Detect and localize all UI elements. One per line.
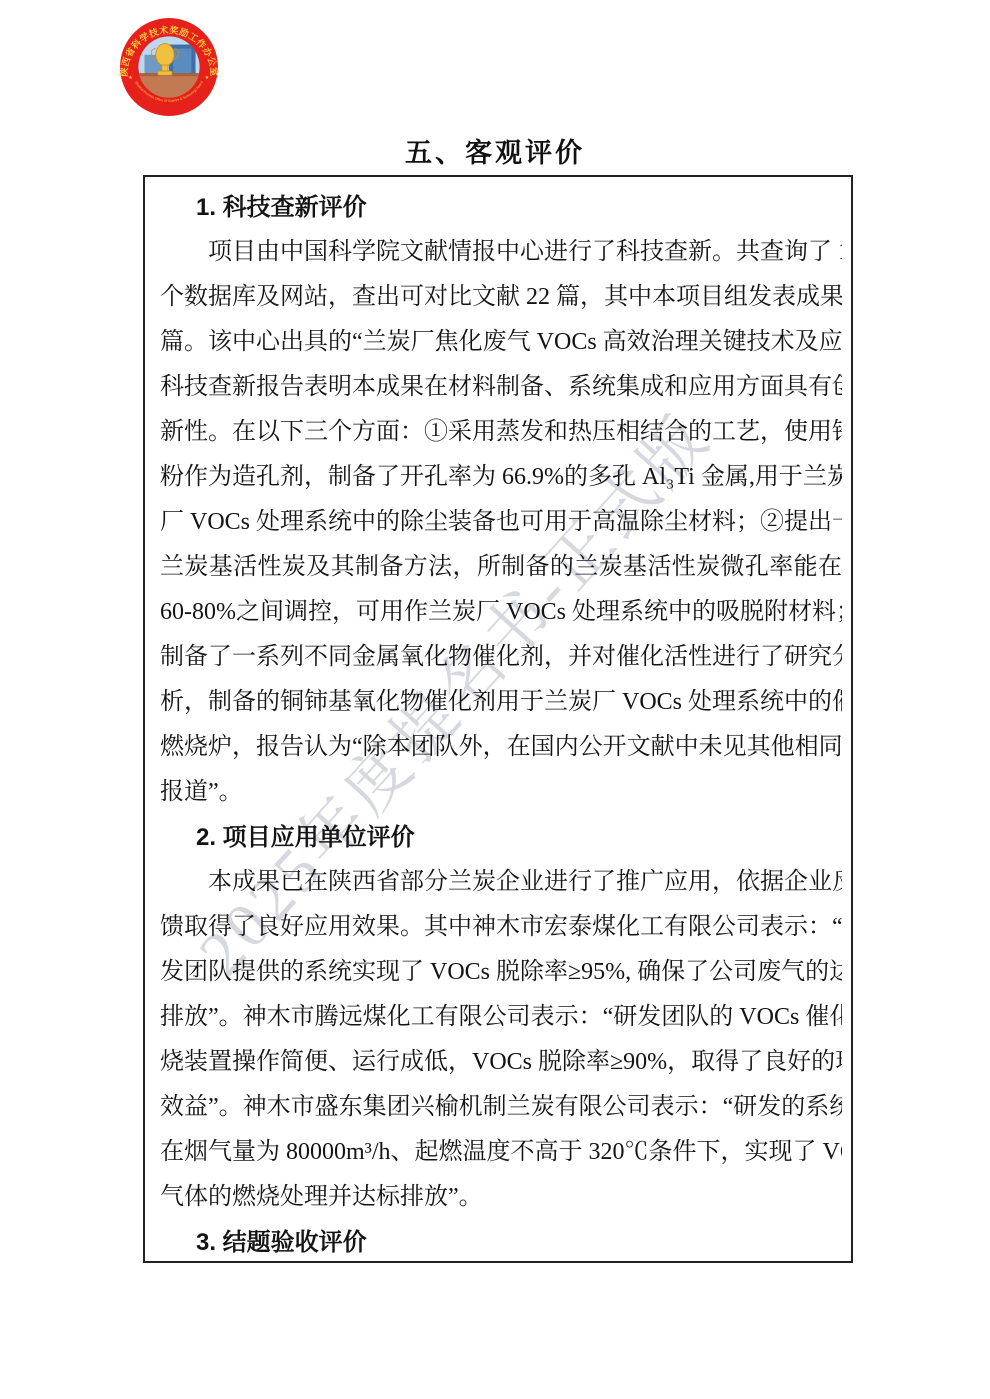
section-2: 2. 项目应用单位评价 本成果已在陕西省部分兰炭企业进行了推广应用，依据企业反馈… [160,815,842,1220]
section-1: 1. 科技查新评价 项目由中国科学院文献情报中心进行了科技查新。共查询了 15个… [160,185,842,815]
content-box: 1. 科技查新评价 项目由中国科学院文献情报中心进行了科技查新。共查询了 15个… [143,175,853,1263]
text-line: 报道”。 [160,770,842,815]
text-line: 新性。在以下三个方面：①采用蒸发和热压相结合的工艺，使用锌 [160,410,842,455]
document-page: 2025年度提名书-正式版 [0,0,990,1399]
text-line: 篇。该中心出具的“兰炭厂焦化废气 VOCs 高效治理关键技术及应用” [160,320,842,365]
section-2-heading: 2. 项目应用单位评价 [160,815,842,860]
section-2-paragraph: 本成果已在陕西省部分兰炭企业进行了推广应用，依据企业反馈取得了良好应用效果。其中… [160,860,842,1220]
text-line: 粉作为造孔剂，制备了开孔率为 66.9%的多孔 Al₃Ti 金属,用于兰炭 [160,455,842,500]
text-line: 发团队提供的系统实现了 VOCs 脱除率≥95%, 确保了公司废气的达标 [160,950,842,995]
text-line: 效益”。神木市盛东集团兴榆机制兰炭有限公司表示：“研发的系统 [160,1085,842,1130]
seal-star-left: ★ [128,75,133,81]
text-line: 燃烧炉，报告认为“除本团队外，在国内公开文献中未见其他相同 [160,725,842,770]
text-line: 60-80%之间调控，可用作兰炭厂 VOCs 处理系统中的吸脱附材料；③ [160,590,842,635]
text-line: 个数据库及网站，查出可对比文献 22 篇，其中本项目组发表成果 5 [160,275,842,320]
text-line: 气体的燃烧处理并达标排放”。 [160,1175,842,1220]
page-title: 五、客观评价 [0,131,990,170]
seal-star-right: ★ [205,75,210,81]
section-1-heading: 1. 科技查新评价 [160,185,842,230]
text-line: 在烟气量为 80000m³/h、起燃温度不高于 320℃条件下，实现了 VOCs [160,1130,842,1175]
section-3: 3. 结题验收评价 [160,1220,842,1263]
text-line: 项目由中国科学院文献情报中心进行了科技查新。共查询了 15 [160,230,842,275]
text-line: 兰炭基活性炭及其制备方法，所制备的兰炭基活性炭微孔率能在 [160,545,842,590]
text-line: 析，制备的铜铈基氧化物催化剂用于兰炭厂 VOCs 处理系统中的催化 [160,680,842,725]
award-office-seal: 陕西省科学技术奖励工作办公室 Shaanxi Province Office O… [118,16,220,118]
text-line: 排放”。神木市腾远煤化工有限公司表示：“研发团队的 VOCs 催化燃 [160,995,842,1040]
text-line: 本成果已在陕西省部分兰炭企业进行了推广应用，依据企业反 [160,860,842,905]
section-1-paragraph: 项目由中国科学院文献情报中心进行了科技查新。共查询了 15个数据库及网站，查出可… [160,230,842,815]
section-3-heading: 3. 结题验收评价 [160,1220,842,1263]
text-line: 烧装置操作简便、运行成低，VOCs 脱除率≥90%，取得了良好的环境 [160,1040,842,1085]
text-line: 科技查新报告表明本成果在材料制备、系统集成和应用方面具有创 [160,365,842,410]
text-line: 制备了一系列不同金属氧化物催化剂，并对催化活性进行了研究分 [160,635,842,680]
seal-graphic: 陕西省科学技术奖励工作办公室 Shaanxi Province Office O… [118,16,220,118]
text-line: 厂 VOCs 处理系统中的除尘装备也可用于高温除尘材料；②提出一种 [160,500,842,545]
text-line: 馈取得了良好应用效果。其中神木市宏泰煤化工有限公司表示：“研 [160,905,842,950]
